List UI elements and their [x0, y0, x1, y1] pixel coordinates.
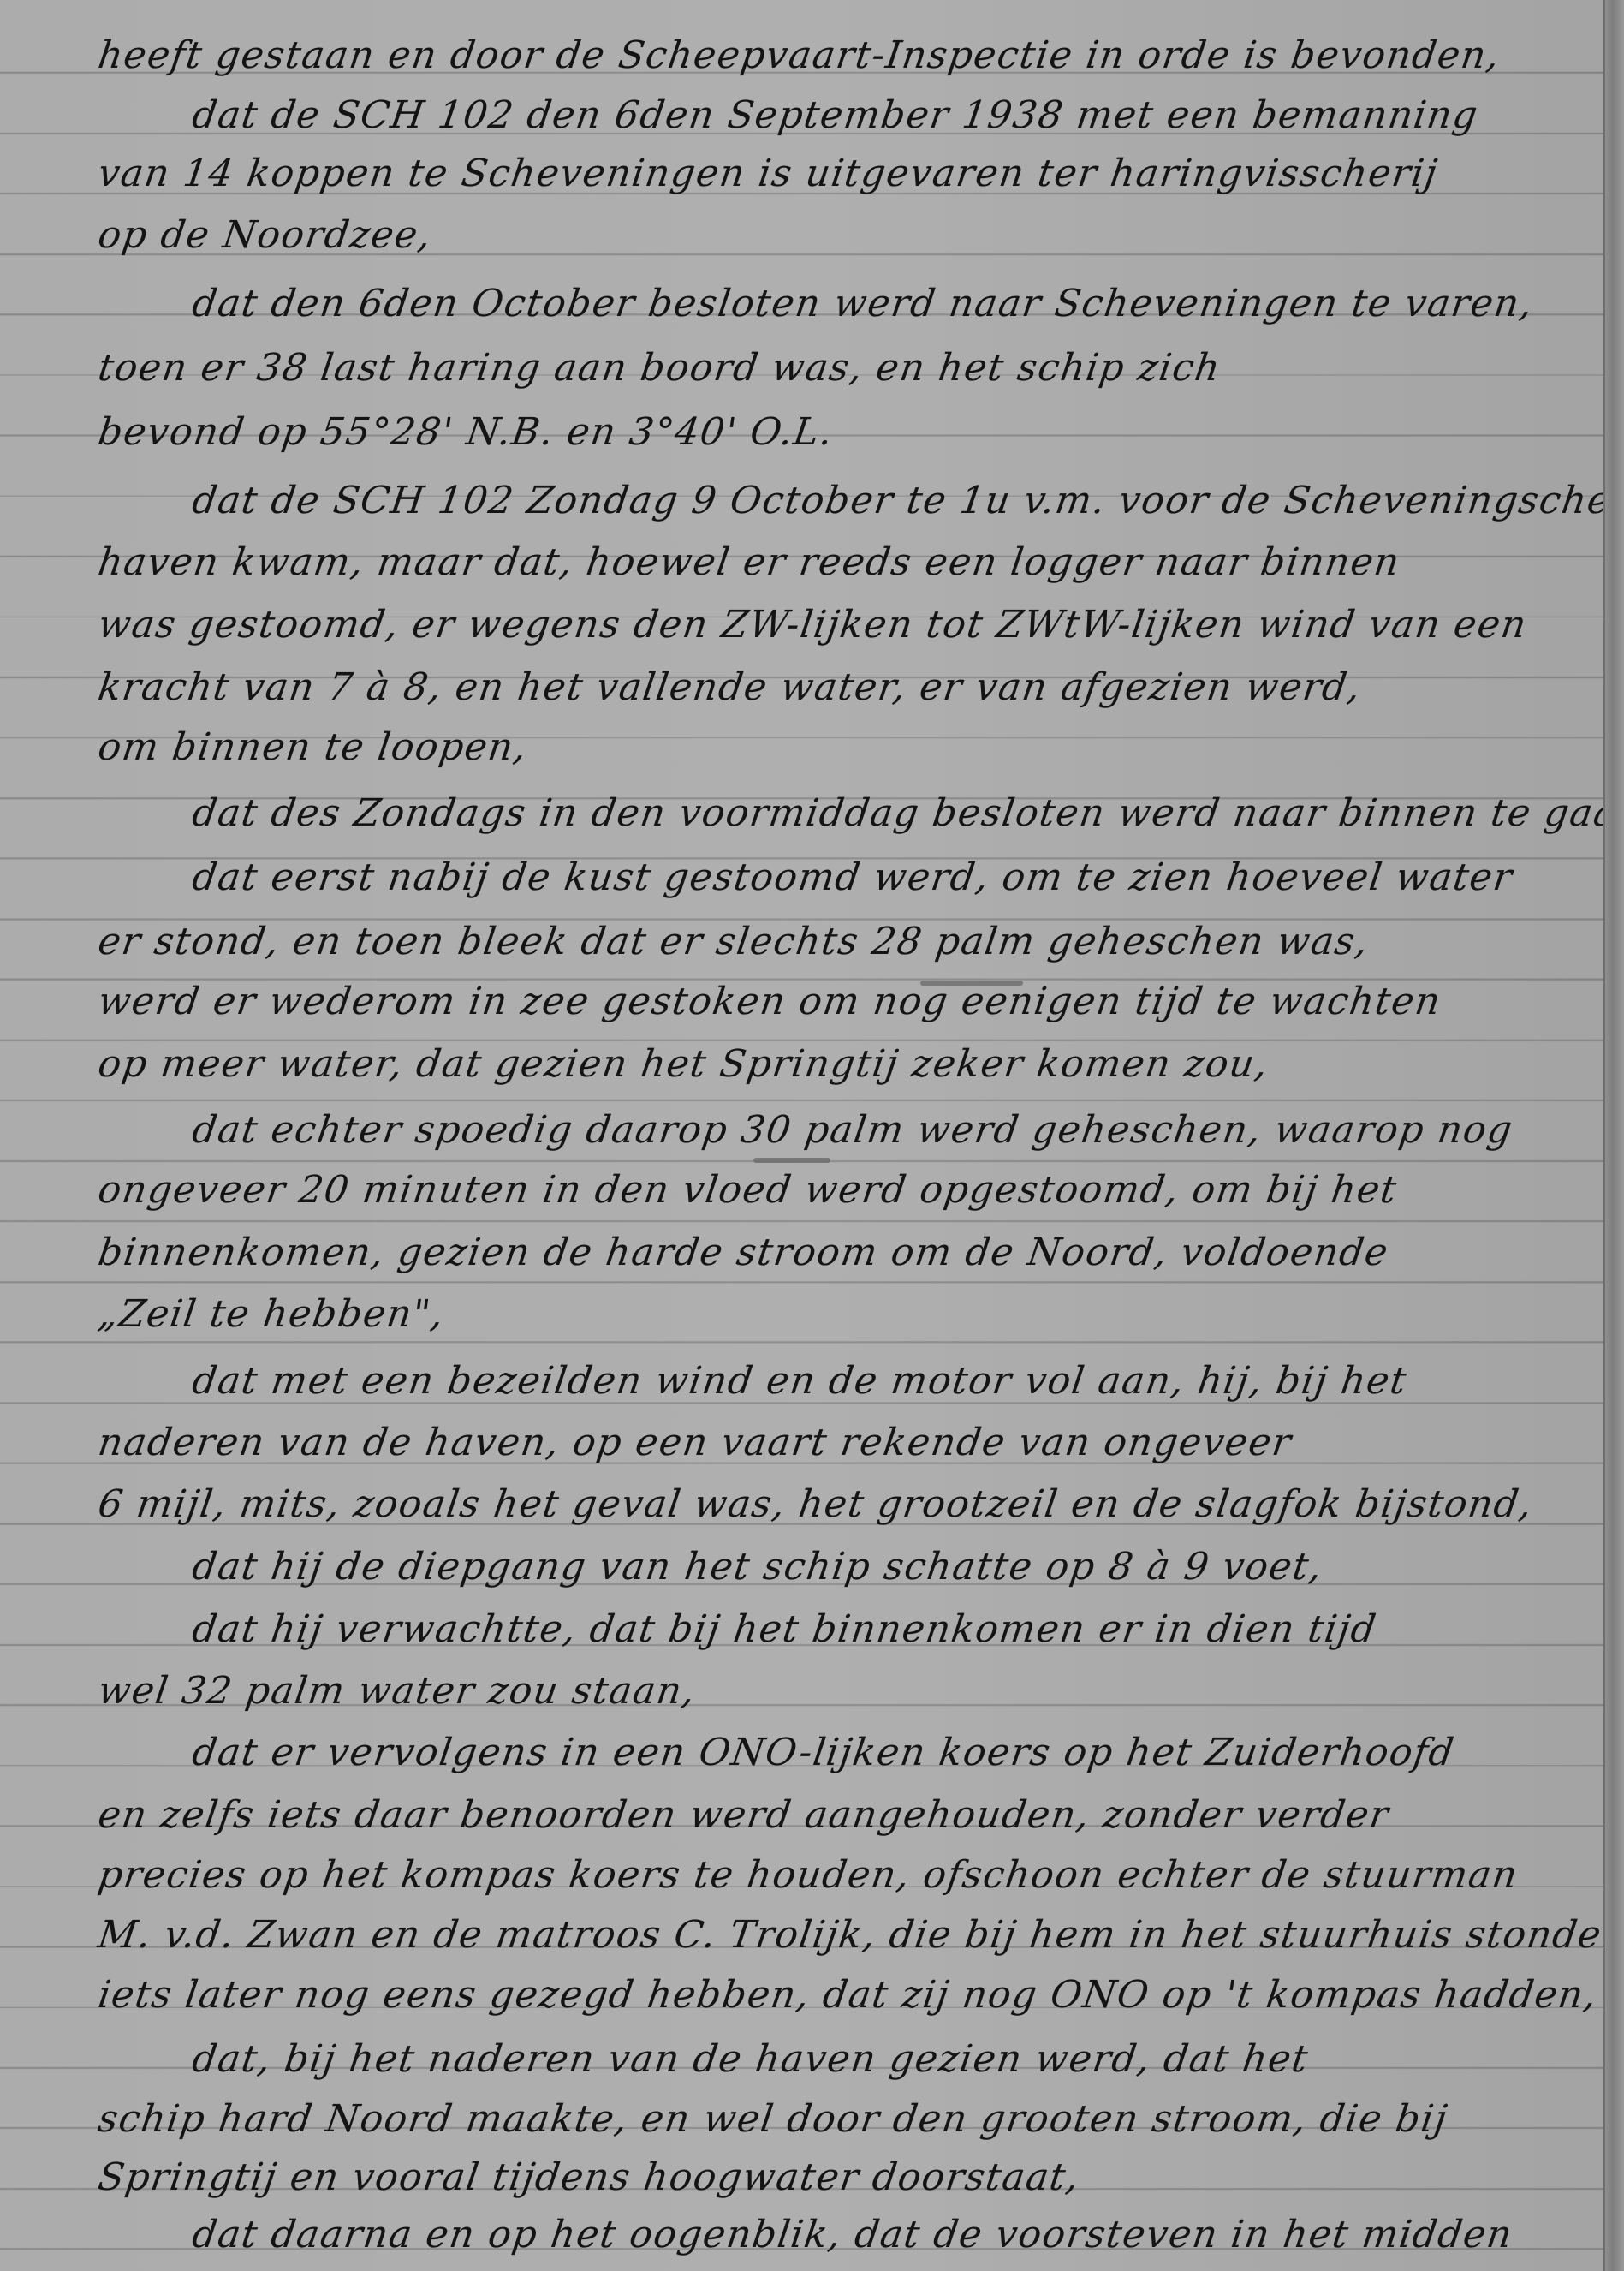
text-line-22: dat met een bezeilden wind en de motor v…	[188, 1351, 1411, 1411]
text-line-19: ongeveer 20 minuten in den vloed werd op…	[94, 1160, 1401, 1220]
text-line-12: om binnen te loopen,	[94, 718, 532, 778]
handwritten-text-block: heeft gestaan en door de Scheepvaart-Ins…	[0, 0, 1601, 2271]
pencil-underline-mark	[920, 981, 1023, 986]
pencil-underline-mark	[753, 1158, 830, 1163]
text-line-26: dat hij verwachtte, dat bij het binnenko…	[188, 1600, 1381, 1660]
text-line-16: werd er wederom in zee gestoken om nog e…	[94, 972, 1445, 1032]
text-line-31: M. v.d. Zwan en de matroos C. Trolijk, d…	[94, 1905, 1624, 1965]
text-line-6: toen er 38 last haring aan boord was, en…	[94, 338, 1225, 398]
text-line-35: Springtij en vooral tijdens hoogwater do…	[94, 2148, 1084, 2208]
page-edge-shadow	[1603, 0, 1624, 2271]
text-line-18: dat echter spoedig daarop 30 palm werd g…	[188, 1100, 1517, 1160]
text-line-14: dat eerst nabij de kust gestoomd werd, o…	[188, 848, 1517, 908]
text-line-17: op meer water, dat gezien het Springtij …	[94, 1034, 1273, 1094]
text-line-2: dat de SCH 102 den 6den September 1938 m…	[188, 86, 1483, 146]
text-line-36: dat daarna en op het oogenblik, dat de v…	[188, 2205, 1517, 2265]
text-line-28: dat er vervolgens in een ONO-lijken koer…	[188, 1723, 1459, 1783]
text-line-8: dat de SCH 102 Zondag 9 October te 1u v.…	[188, 471, 1615, 531]
text-line-7: bevond op 55°28' N.B. en 3°40' O.L.	[94, 402, 837, 462]
text-line-23: naderen van de haven, op een vaart reken…	[94, 1413, 1296, 1473]
text-line-15: er stond, en toen bleek dat er slechts 2…	[94, 912, 1373, 972]
text-line-4: op de Noordzee,	[94, 206, 436, 265]
text-line-20: binnenkomen, gezien de harde stroom om d…	[94, 1223, 1393, 1283]
text-line-25: dat hij de diepgang van het schip schatt…	[188, 1537, 1327, 1597]
text-line-34: schip hard Noord maakte, en wel door den…	[94, 2089, 1452, 2149]
text-line-32: iets later nog eens gezegd hebben, dat z…	[94, 1965, 1602, 2025]
text-line-29: en zelfs iets daar benoorden werd aangeh…	[94, 1785, 1393, 1845]
text-line-27: wel 32 palm water zou staan,	[94, 1661, 699, 1721]
text-line-3: van 14 koppen te Scheveningen is uitgeva…	[94, 144, 1442, 204]
text-line-1: heeft gestaan en door de Scheepvaart-Ins…	[94, 26, 1504, 86]
text-line-10: was gestoomd, er wegens den ZW-lijken to…	[94, 595, 1531, 655]
text-line-13: dat des Zondags in den voormiddag beslot…	[188, 784, 1624, 843]
text-line-11: kracht van 7 à 8, en het vallende water,…	[94, 658, 1365, 718]
text-line-33: dat, bij het naderen van de haven gezien…	[188, 2030, 1312, 2089]
text-line-24: 6 mijl, mits, zooals het geval was, het …	[94, 1475, 1537, 1535]
text-line-5: dat den 6den October besloten werd naar …	[188, 274, 1538, 334]
text-line-30: precies op het kompas koers te houden, o…	[94, 1845, 1522, 1905]
text-line-21: „Zeil te hebben",	[94, 1285, 449, 1344]
text-line-9: haven kwam, maar dat, hoewel er reeds ee…	[94, 533, 1404, 593]
notebook-page: heeft gestaan en door de Scheepvaart-Ins…	[0, 0, 1624, 2271]
